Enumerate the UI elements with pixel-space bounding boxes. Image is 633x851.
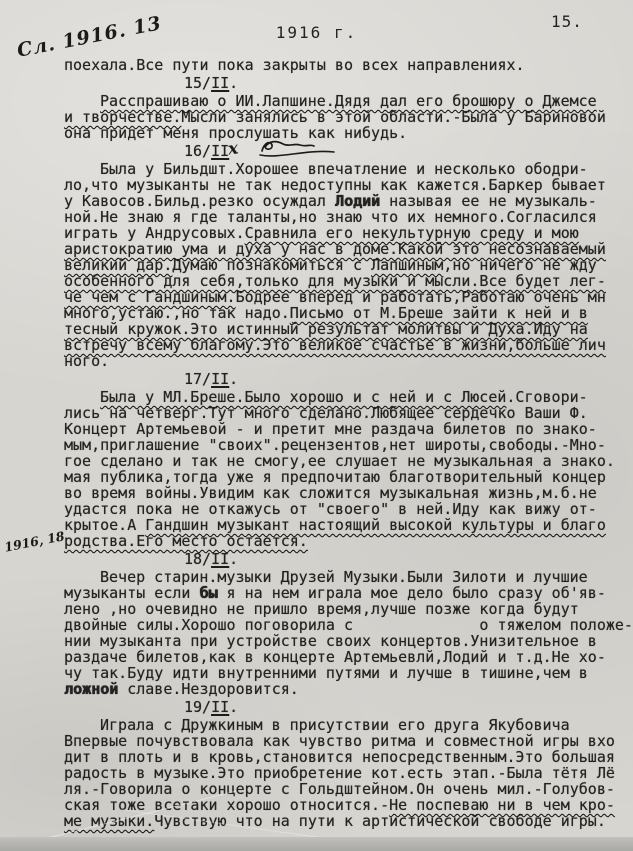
date-heading: 18/II. (64, 551, 624, 567)
text-line: ме музыки.Чувствую что на пути к артисти… (64, 813, 624, 829)
text-segment: она придет меня прослушать как нибудь. (64, 124, 407, 142)
text-line: Расспрашиваю о ИИ.Лапшине.Дядя дал его б… (64, 93, 624, 109)
text-segment: . (229, 370, 238, 388)
text-line: Играла с Дружкиным в присутствии его дру… (64, 717, 624, 733)
text-segment: . (229, 698, 238, 716)
text-line: лись на четверг.Тут много сделано.Любяще… (64, 405, 624, 421)
text-line: поехала.Все пути пока закрыты во всех на… (64, 57, 624, 73)
date-heading: 15/II. (64, 75, 624, 91)
text-line: ля.-Говорила о концерте с Гольдштейном.О… (64, 781, 624, 797)
text-line: встречу всему благому.Это великое счасть… (64, 337, 624, 353)
date-heading: 19/II. (64, 699, 624, 715)
text-segment: 19/ (184, 698, 211, 716)
text-segment: 17/ (184, 370, 211, 388)
text-segment: 16/ (184, 142, 211, 160)
text-line: особенного для себя,только для музыки и … (64, 273, 624, 289)
text-line: радость в музыке.Это приобретение кот.ес… (64, 765, 624, 781)
text-segment: славе.Нездоровится. (118, 680, 299, 698)
text-segment: II (211, 698, 229, 716)
text-segment: родства.Его место остается. (64, 532, 308, 550)
text-line: во время войны.Увидим как сложится музык… (64, 485, 624, 501)
text-line: она придет меня прослушать как нибудь. (64, 125, 624, 141)
text-line: великий дар.Думаю познакомиться с Лапшин… (64, 257, 624, 273)
text-segment: встречу всему благому.Это великое счасть… (64, 336, 606, 354)
text-line: ская тоже всетаки хорошо относится.-Не п… (64, 797, 624, 813)
text-segment: II (211, 74, 229, 92)
text-line: Вечер старин.музыки Друзей Музыки.Были З… (64, 569, 624, 585)
text-line: музыканты если бы я на нем играла мое де… (64, 585, 624, 601)
handwritten-margin-note: 1916, 18 (3, 528, 66, 554)
text-line: мым,приглашение "своих".рецензентов,нет … (64, 437, 624, 453)
text-segment: II (211, 370, 229, 388)
text-line: ло,что музыканты не так недоступны как к… (64, 177, 624, 193)
text-line: много,устаю.,но так надо.Письмо от М.Бре… (64, 305, 624, 321)
text-line: мая публика,тогда уже я предпочитаю благ… (64, 469, 624, 485)
date-heading: 17/II. (64, 371, 624, 387)
text-segment: Чувствую что на пути к артистической сво… (154, 812, 606, 830)
text-line: че чем с Гандшиным.Бодрее вперед и работ… (64, 289, 624, 305)
text-line: ного. (64, 353, 624, 369)
text-segment: 15/ (184, 74, 211, 92)
text-line: гое сделано и так не смогу,ее слушает не… (64, 453, 624, 469)
scan-edge-band (0, 837, 633, 851)
text-segment: ного. (64, 352, 109, 370)
text-line: чу так.Буду идти внутренними путями и лу… (64, 665, 624, 681)
text-line: Концерт Артемьевой - и претит мне раздач… (64, 421, 624, 437)
text-line: ной.Не знаю я где таланты,но знаю что их… (64, 209, 624, 225)
text-line: аристократию ума и духа у нас в доме.Как… (64, 241, 624, 257)
text-line: Была у МЛ.Бреше.Было хорошо и с ней и с … (64, 389, 624, 405)
text-line: раздаче билетов,как в концерте Артемьевл… (64, 649, 624, 665)
text-line: ложной славе.Нездоровится. (64, 681, 624, 697)
text-segment: . (229, 550, 238, 568)
page-title: 1916 г. (0, 23, 633, 42)
text-line: лено ,но очевидно не пришло время,лучше … (64, 601, 624, 617)
text-line: удастся пока не откажусь от "своего" в н… (64, 501, 624, 517)
scanned-diary-page: Сл. 1916. 13 15. 1916 г. 1916, 18 х поех… (0, 0, 633, 851)
text-line: дит в плоть и в кровь,становится непосре… (64, 749, 624, 765)
text-segment: ложной (64, 680, 118, 698)
text-line: крытое.А Гандшин музыкант настоящий высо… (64, 517, 624, 533)
text-segment: II (211, 550, 229, 568)
text-line: родства.Его место остается. (64, 533, 624, 549)
text-segment: поехала.Все пути пока закрыты во всех на… (64, 56, 525, 74)
text-line: Впервые почувствовала как чувство ритма … (64, 733, 624, 749)
typewritten-text-block: поехала.Все пути пока закрыты во всех на… (64, 57, 624, 829)
text-segment: II (211, 142, 229, 160)
text-segment: . (229, 74, 238, 92)
text-line: играть у Андрусовых.Сравнила его некульт… (64, 225, 624, 241)
text-line: Была у Бильдшт.Хорошее впечатление и нес… (64, 161, 624, 177)
date-heading: 16/II (64, 143, 624, 159)
text-line: у Кавосов.Бильд.резко осуждал Лодий назы… (64, 193, 624, 209)
text-line: двойные силы.Хорошо поговорила с о тяжел… (64, 617, 624, 633)
text-segment: 18/ (184, 550, 211, 568)
text-line: и творчестве.Мысли занялись в этой облас… (64, 109, 624, 125)
text-line: тесный кружок.Это истинный результат мол… (64, 321, 624, 337)
text-line: нии музыканта при устройстве своих конце… (64, 633, 624, 649)
